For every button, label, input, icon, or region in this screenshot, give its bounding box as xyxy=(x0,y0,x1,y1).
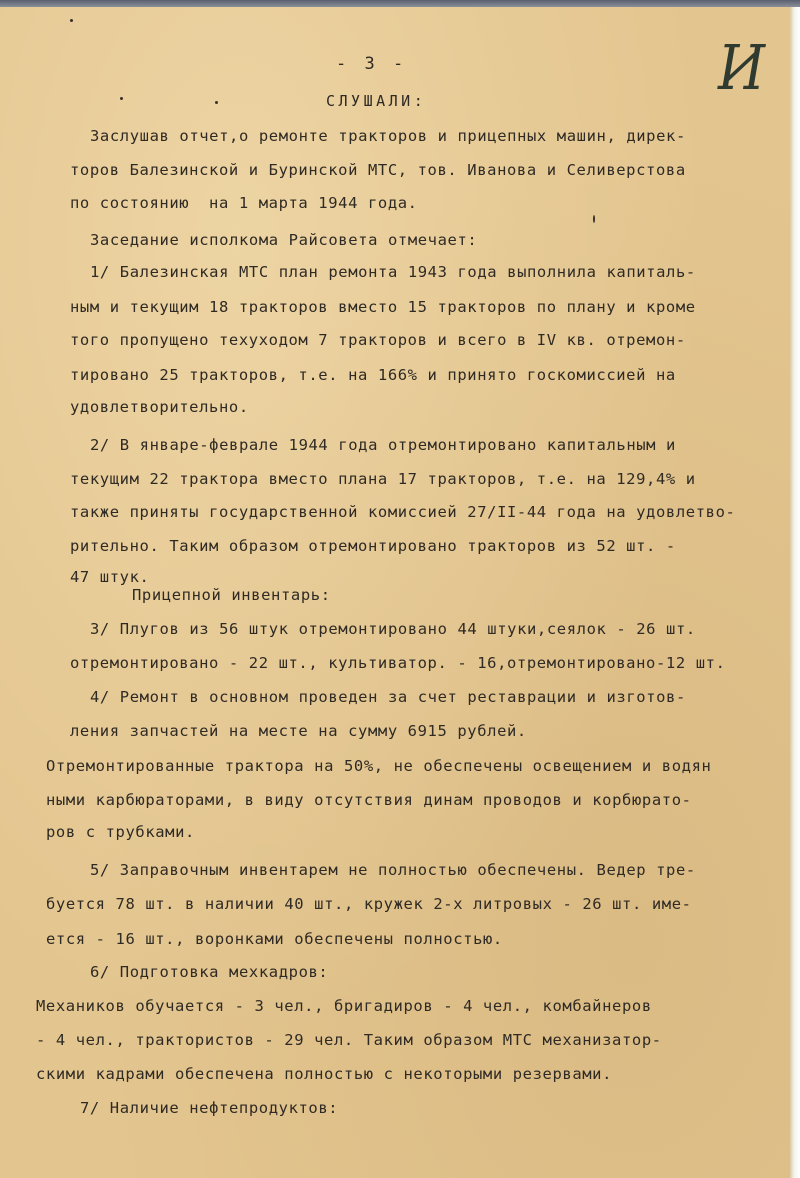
scan-top-edge xyxy=(0,0,800,7)
text-line: Заседание исполкома Райсовета отмечает: xyxy=(90,231,477,249)
text-line: 6/ Подготовка мехкадров: xyxy=(90,963,328,981)
text-line: ется - 16 шт., воронками обеспечены полн… xyxy=(46,930,503,948)
text-line: удовлетворительно. xyxy=(70,398,249,416)
text-line: ными карбюраторами, в виду отсутствия ди… xyxy=(46,791,692,809)
text-line: 47 штук. xyxy=(70,568,149,586)
handwritten-mark: И xyxy=(718,31,765,103)
text-line: также приняты государственной комиссией … xyxy=(70,503,735,521)
text-line: 1/ Балезинская МТС план ремонта 1943 год… xyxy=(90,263,696,281)
text-line: ров с трубками. xyxy=(46,823,195,841)
page-number: - 3 - xyxy=(336,54,407,74)
ink-speck xyxy=(593,215,595,223)
text-line: торов Балезинской и Буринской МТС, тов. … xyxy=(70,161,686,179)
text-line: скими кадрами обеспечена полностью с нек… xyxy=(36,1065,612,1083)
text-line: Отремонтированные трактора на 50%, не об… xyxy=(46,757,711,775)
text-line: - 4 чел., трактористов - 29 чел. Таким о… xyxy=(36,1031,662,1049)
text-line: по состоянию на 1 марта 1944 года. xyxy=(70,194,418,212)
text-line: Заслушав отчет,о ремонте тракторов и при… xyxy=(90,127,686,145)
text-line: 7/ Наличие нефтепродуктов: xyxy=(80,1099,338,1117)
ink-speck xyxy=(215,101,218,104)
text-line: 2/ В январе-феврале 1944 года отремонтир… xyxy=(90,436,676,454)
text-line: рительно. Таким образом отремонтировано … xyxy=(70,537,676,555)
text-line: Механиков обучается - 3 чел., бригадиров… xyxy=(36,997,652,1015)
text-line: 5/ Заправочным инвентарем не полностью о… xyxy=(90,861,696,879)
ink-speck xyxy=(120,97,123,100)
text-line: отремонтировано - 22 шт., культиватор. -… xyxy=(70,654,726,672)
text-line: ным и текущим 18 тракторов вместо 15 тра… xyxy=(70,298,696,316)
text-line: того пропущено техуходом 7 тракторов и в… xyxy=(70,331,686,349)
text-line: буется 78 шт. в наличии 40 шт., кружек 2… xyxy=(46,895,692,913)
text-line: тировано 25 тракторов, т.е. на 166% и пр… xyxy=(70,366,676,384)
ink-speck xyxy=(70,19,73,22)
text-line: Прицепной инвентарь: xyxy=(132,586,331,604)
text-line: ления запчастей на месте на сумму 6915 р… xyxy=(70,722,527,740)
scan-right-edge xyxy=(790,7,800,1178)
text-line: 4/ Ремонт в основном проведен за счет ре… xyxy=(90,688,686,706)
section-heading: СЛУШАЛИ: xyxy=(326,92,426,110)
text-line: 3/ Плугов из 56 штук отремонтировано 44 … xyxy=(90,620,696,638)
text-line: текущим 22 трактора вместо плана 17 трак… xyxy=(70,470,696,488)
